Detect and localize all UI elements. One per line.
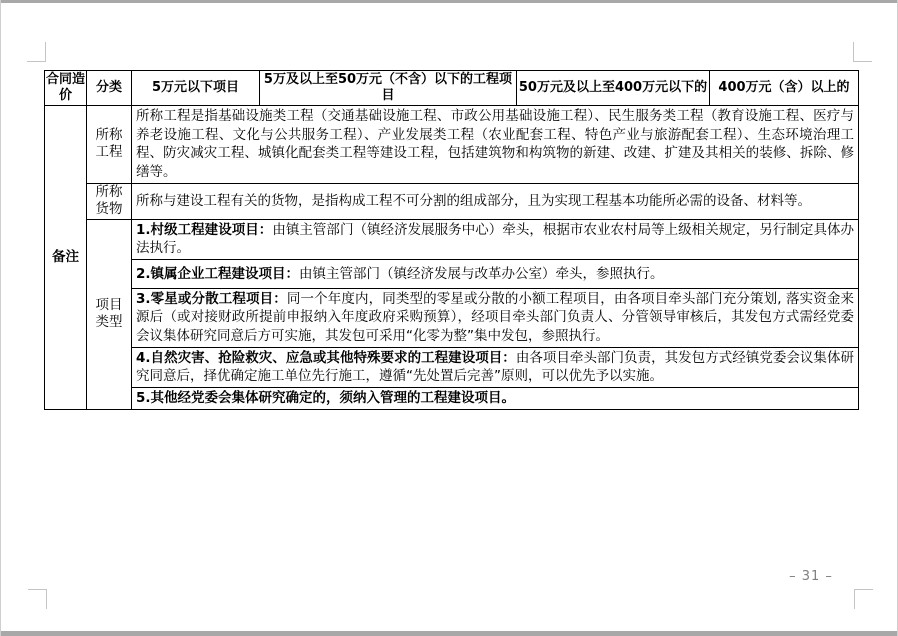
remark-label: 备注	[45, 106, 87, 410]
project-type-item-1: 1.村级工程建设项目：由镇主管部门（镇经济发展服务中心）牵头，根据市农业农村局等…	[132, 219, 859, 259]
row-label-goods: 所称货物	[87, 183, 132, 219]
item-2-text: 由镇主管部门（镇经济发展与改革办公室）牵头，参照执行。	[299, 266, 664, 282]
project-type-item-2: 2.镇属企业工程建设项目：由镇主管部门（镇经济发展与改革办公室）牵头，参照执行。	[132, 259, 859, 288]
page-number: – 31 –	[756, 569, 866, 584]
item-2-title: 2.镇属企业工程建设项目：	[136, 266, 299, 282]
crop-mark-bottom-left	[28, 589, 47, 609]
item-1-title: 1.村级工程建设项目：	[136, 222, 272, 238]
table-row: 所称货物 所称与建设工程有关的货物，是指构成工程不可分割的组成部分，且为实现工程…	[45, 183, 859, 219]
table-row: 项目类型 1.村级工程建设项目：由镇主管部门（镇经济发展服务中心）牵头，根据市农…	[45, 219, 859, 259]
crop-mark-bottom-right	[854, 589, 873, 609]
contract-price-table: 合同造价 分类 5万元以下项目 5万及以上至50万元（不含）以下的工程项目 50…	[44, 70, 859, 410]
header-under-5w: 5万元以下项目	[132, 71, 260, 106]
row-label-works: 所称工程	[87, 106, 132, 184]
project-type-item-5: 5.其他经党委会集体研究确定的，须纳入管理的工程建设项目。	[132, 387, 859, 409]
table-row: 2.镇属企业工程建设项目：由镇主管部门（镇经济发展与改革办公室）牵头，参照执行。	[45, 259, 859, 288]
table-row: 备注 所称工程 所称工程是指基础设施类工程（交通基础设施工程、市政公用基础设施工…	[45, 106, 859, 184]
crop-mark-top-left	[27, 42, 46, 62]
project-type-item-3: 3.零星或分散工程项目：同一个年度内，同类型的零星或分散的小额工程项目，由各项目…	[132, 288, 859, 347]
header-5w-to-50w: 5万及以上至50万元（不含）以下的工程项目	[260, 71, 517, 106]
project-type-item-4: 4.自然灾害、抢险救灾、应急或其他特殊要求的工程建设项目：由各项目牵头部门负责，…	[132, 347, 859, 387]
table-header-row: 合同造价 分类 5万元以下项目 5万及以上至50万元（不含）以下的工程项目 50…	[45, 71, 859, 106]
item-3-title: 3.零星或分散工程项目：	[136, 291, 287, 307]
item-4-title: 4.自然灾害、抢险救灾、应急或其他特殊要求的工程建设项目：	[136, 350, 516, 366]
header-over-400w: 400万元（含）以上的	[710, 71, 859, 106]
crop-mark-top-right	[853, 42, 872, 62]
header-contract-price: 合同造价	[45, 71, 87, 106]
table-row: 5.其他经党委会集体研究确定的，须纳入管理的工程建设项目。	[45, 387, 859, 409]
page-boundary-top	[1, 0, 898, 3]
page-boundary-bottom	[1, 631, 898, 636]
works-definition-text: 所称工程是指基础设施类工程（交通基础设施工程、市政公用基础设施工程）、民生服务类…	[132, 106, 859, 184]
goods-definition-text: 所称与建设工程有关的货物，是指构成工程不可分割的组成部分，且为实现工程基本功能所…	[132, 183, 859, 219]
table-row: 3.零星或分散工程项目：同一个年度内，同类型的零星或分散的小额工程项目，由各项目…	[45, 288, 859, 347]
item-5-title: 5.其他经党委会集体研究确定的，须纳入管理的工程建设项目。	[136, 390, 515, 406]
row-label-project-type: 项目类型	[87, 219, 132, 409]
header-category: 分类	[87, 71, 132, 106]
table-row: 4.自然灾害、抢险救灾、应急或其他特殊要求的工程建设项目：由各项目牵头部门负责，…	[45, 347, 859, 387]
document-page: 合同造价 分类 5万元以下项目 5万及以上至50万元（不含）以下的工程项目 50…	[0, 0, 898, 636]
header-50w-to-400w: 50万元及以上至400万元以下的	[517, 71, 710, 106]
